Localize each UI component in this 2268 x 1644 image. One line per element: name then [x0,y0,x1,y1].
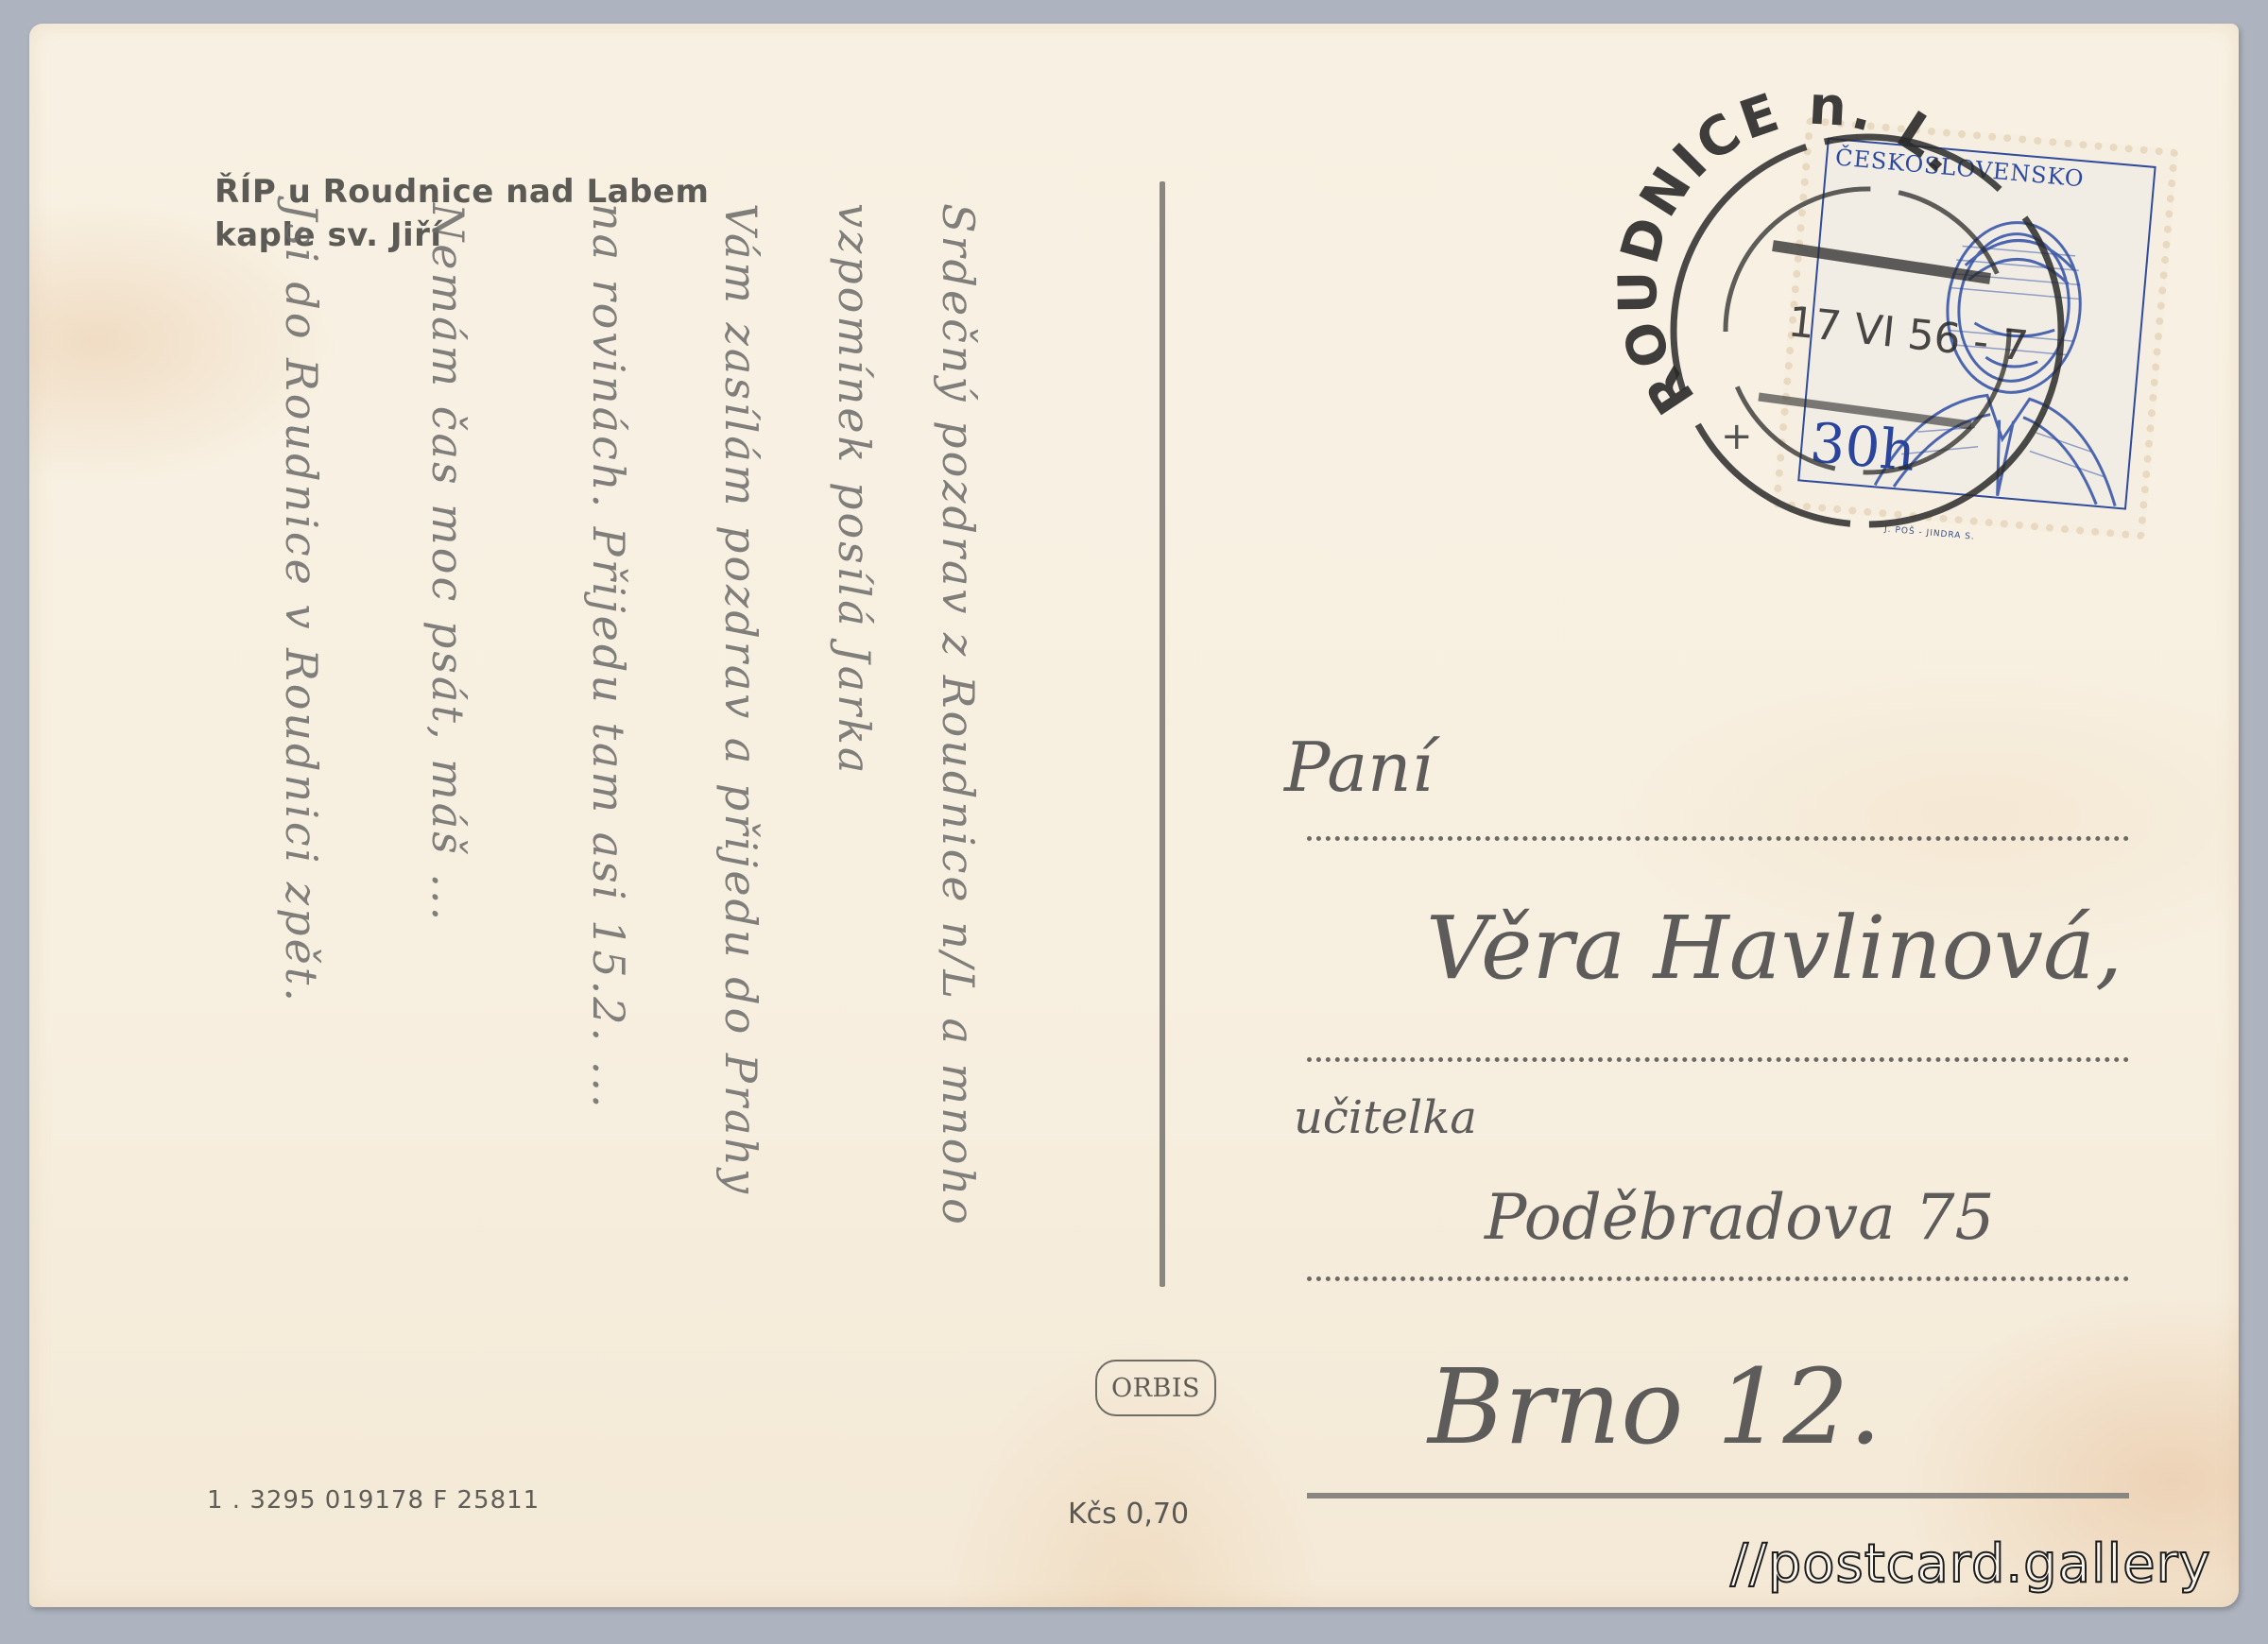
message-line: na rovinách. Přijedu tam asi 15.2. ... [577,203,653,1460]
address-occupation: učitelka [1294,1091,1477,1144]
address-line-2 [1307,1057,2129,1062]
address-line-3 [1307,1276,2129,1281]
postmark: ROUDNICE n. L. 17 VI 56 - 7 + [1631,113,2047,529]
message-line: Jsi do Roudnice v Roudnici zpět. [270,203,346,1460]
site-watermark: //postcard.gallery [1730,1533,2211,1595]
price-label: Kčs 0,70 [1068,1498,1189,1531]
address-salutation: Paní [1284,728,1434,807]
orbis-publisher-logo: ORBIS [1095,1360,1216,1416]
address-street: Poděbradova 75 [1485,1181,1995,1254]
svg-text:17 VI 56 - 7: 17 VI 56 - 7 [1786,298,2031,370]
postmark-circle-icon: ROUDNICE n. L. 17 VI 56 - 7 + [1631,113,2047,529]
print-code: 1 . 3295 019178 F 25811 [207,1486,540,1515]
svg-text:+: + [1721,415,1753,458]
address-line-1 [1307,836,2129,841]
address-line-4 [1307,1493,2129,1498]
message-line: Vám zasílám pozdrav a přijedu do Prahy [710,203,785,1460]
message-line: Nemám čas moc psát, máš ... [417,203,492,1460]
message-address-divider [1160,181,1165,1287]
message-line: vzpomínek posílá Jarka [823,203,899,1460]
postcard-back: ŘÍP u Roudnice nad Labem kaple sv. Jiří … [29,24,2239,1607]
message-line: Srdečný pozdrav z Roudnice n/L a mnoho [927,203,1003,1460]
address-name: Věra Havlinová, [1426,898,2122,999]
address-city: Brno 12. [1428,1346,1881,1467]
handwritten-message: Srdečný pozdrav z Roudnice n/L a mnoho v… [180,203,1031,1460]
